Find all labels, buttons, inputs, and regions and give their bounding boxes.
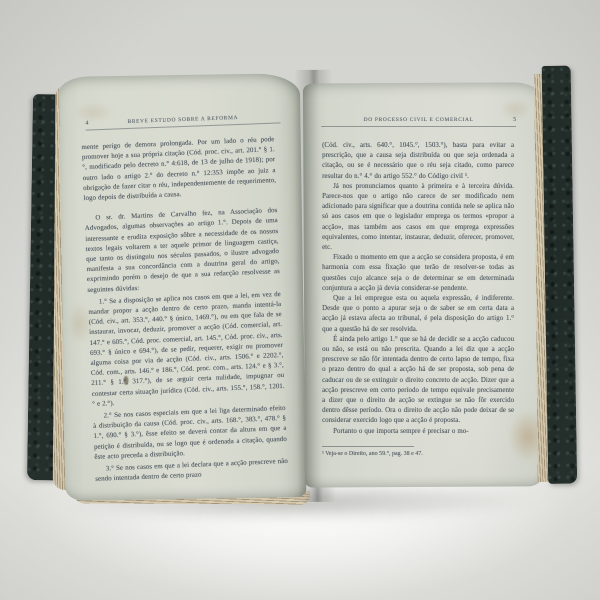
right-book-cover xyxy=(542,66,578,484)
open-book: 4 BREVE ESTUDO SOBRE A REFORMA mente per… xyxy=(26,60,576,513)
left-text-block: mente perigo de demora prolongada. Por u… xyxy=(81,135,288,485)
paragraph: É ainda pelo artigo 1.° que se há de dec… xyxy=(322,335,514,427)
right-page: DO PROCESSO CIVIL E COMERCIAL 5 (Cód. ci… xyxy=(303,82,542,487)
paragraph: 1.° Se a disposição se aplica nos casos … xyxy=(88,290,286,410)
paragraph: 2.° Se nos casos especiais em que a lei … xyxy=(93,404,288,463)
paragraph: mente perigo de demora prolongada. Por u… xyxy=(81,135,276,204)
footnote-rule xyxy=(322,446,414,447)
left-page-number: 4 xyxy=(85,120,97,126)
right-running-title: DO PROCESSO CIVIL E COMERCIAL xyxy=(333,117,504,123)
photo-background: 4 BREVE ESTUDO SOBRE A REFORMA mente per… xyxy=(0,0,600,600)
right-page-header: DO PROCESSO CIVIL E COMERCIAL 5 xyxy=(321,117,516,127)
right-text-block: (Cód. civ., arts. 640.°, 1045.°, 1503.°)… xyxy=(322,141,514,458)
left-page-header: 4 BREVE ESTUDO SOBRE A REFORMA xyxy=(85,113,280,130)
paragraph: (Cód. civ., arts. 640.°, 1045.°, 1503.°)… xyxy=(322,141,514,182)
left-running-title: BREVE ESTUDO SOBRE A REFORMA xyxy=(97,114,268,126)
paragraph: Fixado o momento em que a acção se consi… xyxy=(322,253,514,294)
paragraph: Já nos pronunciamos quanto à primeira e … xyxy=(322,182,514,253)
paragraph: O sr. dr. Martins de Carvalho fez, na As… xyxy=(84,206,280,296)
paragraph: Portanto o que importa sempre é precisar… xyxy=(322,427,514,437)
left-page: 4 BREVE ESTUDO SOBRE A REFORMA mente per… xyxy=(59,73,307,501)
right-page-number: 5 xyxy=(504,117,516,123)
footnote: ¹ Veja-se o Direito, ano 59.°, pag. 38 e… xyxy=(322,450,514,459)
paragraph: Que a lei empregue esta ou aquela expres… xyxy=(322,294,514,335)
